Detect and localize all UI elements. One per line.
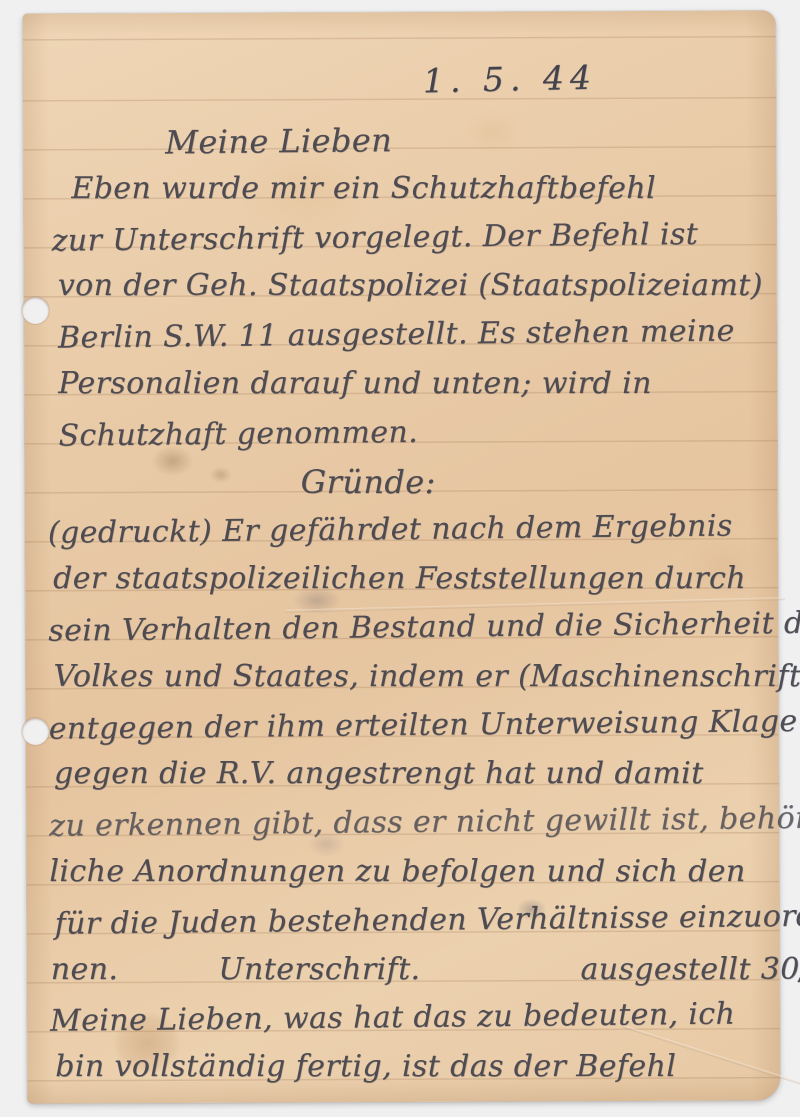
letter-line: Volkes und Staates, indem er (Maschinens… [40,653,773,702]
letter-line: Eben wurde mir ein Schutzhaftbefehl [37,165,770,214]
letter-line: Berlin S.W. 11 ausgestellt. Es stehen me… [38,307,771,363]
letter-line: zu erkennen gibt, dass er nicht gewillt … [40,795,773,851]
punch-hole-bottom [22,718,49,745]
letter-line: der staatspolizeilichen Feststellungen d… [39,555,772,604]
letter-line: gegen die R.V. angestrengt hat und damit [40,750,773,799]
signature-note: Unterschrift. [118,946,420,995]
letter-line: von der Geh. Staatspolizei (Staatspolize… [38,262,771,311]
letter-line: für die Juden bestehenden Verhältnisse e… [40,893,773,949]
closing-word: nen. [41,946,119,995]
closing-line: nen. Unterschrift. ausgestellt 30/4.44 [41,946,774,995]
letter-line: bin vollständig fertig, ist das der Befe… [41,1043,774,1092]
letter-line: entgegen der ihm erteilten Unterweisung … [40,698,773,754]
letter-date: 1. 5. 44 [423,58,598,101]
letter-line: liche Anordnungen zu befolgen und sich d… [40,848,773,897]
letter-line: (gedruckt) Er gefährdet nach dem Ergebni… [39,503,772,559]
punch-hole-top [22,297,49,324]
salutation: Meine Lieben [37,112,770,168]
letter-line: zur Unterschrift vorgelegt. Der Befehl i… [37,210,770,266]
letter-line: Personalien darauf und unten; wird in [38,360,771,409]
letter-line: sein Verhalten den Bestand und die Siche… [39,600,772,656]
scanned-letter: 1. 5. 44 Meine Lieben Eben wurde mir ein… [0,0,800,1117]
issue-date-note: ausgestellt 30/4.44 [420,946,800,995]
letter-paper: 1. 5. 44 Meine Lieben Eben wurde mir ein… [23,10,781,1103]
reasons-heading: Gründe: [39,458,772,507]
letter-line: Schutzhaft genommen. [38,405,771,461]
letter-line: Meine Lieben, was hat das zu bedeuten, i… [41,990,774,1046]
letter-body: Meine Lieben Eben wurde mir ein Schutzha… [37,114,774,1093]
